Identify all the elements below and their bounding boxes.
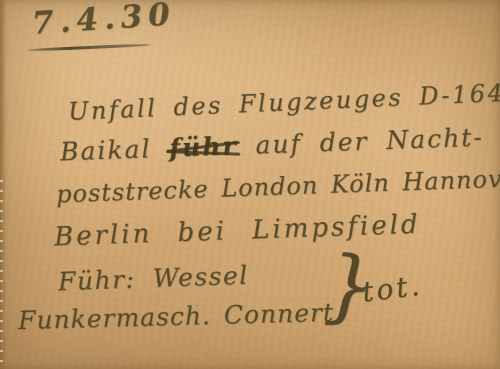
- line-text: Führ: Wessel: [58, 261, 250, 297]
- struck-out-word: führ: [169, 131, 238, 162]
- note-line-radio-operator: Funkermasch. Connert: [18, 298, 335, 335]
- paper-edge-flecks: [0, 180, 3, 369]
- handwritten-note-card: 7.4.30 Unfall des Flugzeuges D-1649 Baik…: [0, 0, 500, 369]
- note-date: 7.4.30: [31, 0, 177, 42]
- casualty-note: tot.: [360, 268, 424, 308]
- line-text: poststrecke London Köln Hannover-: [56, 164, 500, 209]
- note-line-aircraft-name: Baikal führ auf der Nacht-: [60, 123, 485, 167]
- date-underline: [27, 43, 151, 51]
- line-text: Unfall des Flugzeuges D-1649: [68, 78, 500, 126]
- note-line-pilot: Führ: Wessel: [58, 261, 250, 297]
- note-line-accident: Unfall des Flugzeuges D-1649: [68, 78, 500, 126]
- line-text: Funkermasch. Connert: [18, 298, 335, 335]
- note-line-route: poststrecke London Köln Hannover-: [56, 164, 500, 209]
- line-text: Baikal: [60, 134, 170, 167]
- line-text: auf der Nacht-: [237, 123, 484, 161]
